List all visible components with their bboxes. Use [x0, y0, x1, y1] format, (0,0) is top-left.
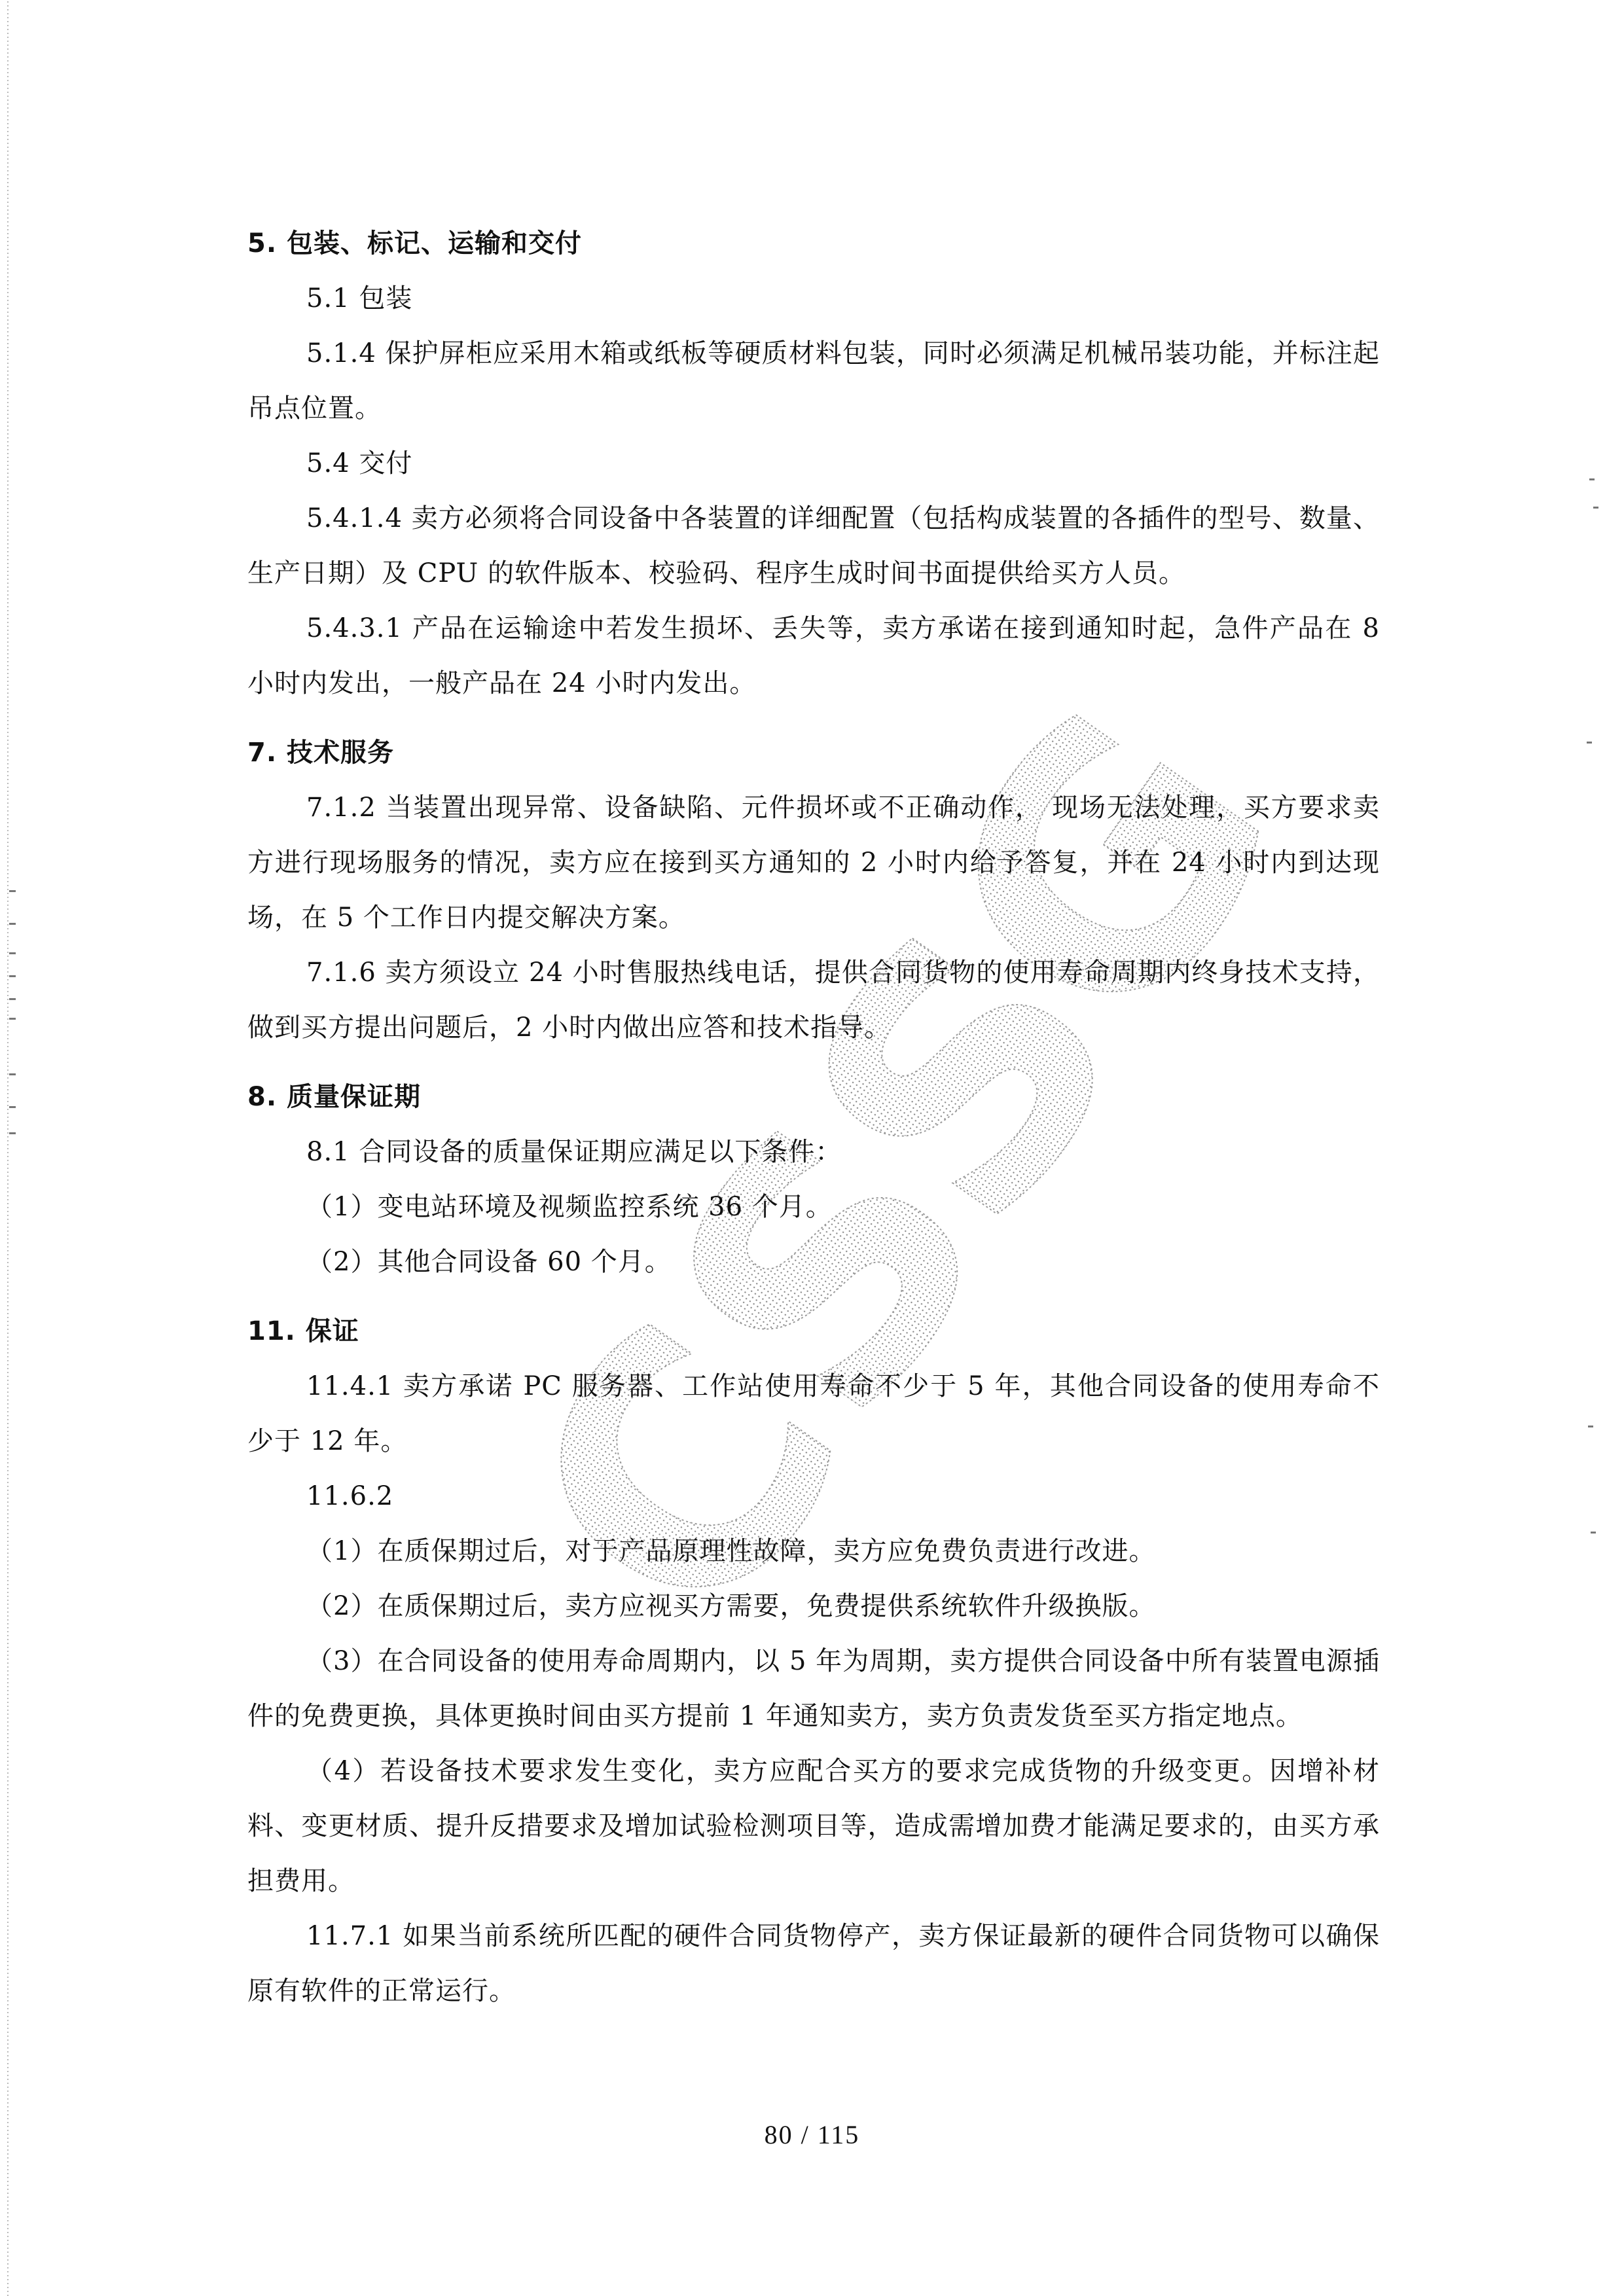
- section-heading: 5. 包装、标记、运输和交付: [247, 216, 1380, 271]
- document-body: 5. 包装、标记、运输和交付 5.1 包装 5.1.4 保护屏柜应采用木箱或纸板…: [247, 216, 1380, 2018]
- scan-mark: [9, 890, 16, 892]
- section-8: 8. 质量保证期 8.1 合同设备的质量保证期应满足以下条件： （1）变电站环境…: [247, 1069, 1380, 1289]
- page-number: 80 / 115: [0, 2119, 1624, 2150]
- clause-paragraph: 11.7.1 如果当前系统所匹配的硬件合同货物停产，卖方保证最新的硬件合同货物可…: [247, 1909, 1380, 2018]
- scan-mark: [9, 923, 16, 925]
- section-5: 5. 包装、标记、运输和交付 5.1 包装 5.1.4 保护屏柜应采用木箱或纸板…: [247, 216, 1380, 711]
- clause-paragraph: 8.1 合同设备的质量保证期应满足以下条件：: [247, 1124, 1380, 1179]
- list-item: （2）在质保期过后，卖方应视买方需要，免费提供系统软件升级换版。: [247, 1579, 1380, 1634]
- scan-mark: [9, 1073, 16, 1075]
- subsection-title: 5.4 交付: [247, 436, 1380, 491]
- scan-mark: [9, 952, 16, 954]
- scan-mark: [1587, 742, 1592, 744]
- clause-paragraph: 5.1.4 保护屏柜应采用木箱或纸板等硬质材料包装，同时必须满足机械吊装功能，并…: [247, 326, 1380, 436]
- scan-edge-artifact: [7, 0, 9, 2296]
- scan-mark: [9, 1132, 16, 1134]
- clause-paragraph: 5.4.1.4 卖方必须将合同设备中各装置的详细配置（包括构成装置的各插件的型号…: [247, 491, 1380, 601]
- list-item: （1）在质保期过后，对于产品原理性故障，卖方应免费负责进行改进。: [247, 1524, 1380, 1579]
- section-7: 7. 技术服务 7.1.2 当装置出现异常、设备缺陷、元件损坏或不正确动作， 现…: [247, 725, 1380, 1055]
- scan-mark: [9, 998, 16, 1000]
- subsection-title: 5.1 包装: [247, 271, 1380, 326]
- section-heading: 7. 技术服务: [247, 725, 1380, 780]
- section-heading: 11. 保证: [247, 1304, 1380, 1359]
- clause-paragraph: 5.4.3.1 产品在运输途中若发生损坏、丢失等，卖方承诺在接到通知时起，急件产…: [247, 601, 1380, 711]
- list-item: （2）其他合同设备 60 个月。: [247, 1234, 1380, 1289]
- clause-paragraph: 7.1.2 当装置出现异常、设备缺陷、元件损坏或不正确动作， 现场无法处理，买方…: [247, 780, 1380, 945]
- list-item: （4）若设备技术要求发生变化，卖方应配合买方的要求完成货物的升级变更。因增补材料…: [247, 1744, 1380, 1909]
- scan-mark: [1591, 1532, 1596, 1534]
- document-page: C S S G 5. 包装、标记、运输和交付 5.1 包装 5.1.4 保护屏柜…: [0, 0, 1624, 2296]
- scan-mark: [9, 1106, 16, 1108]
- list-item: （1）变电站环境及视频监控系统 36 个月。: [247, 1179, 1380, 1234]
- clause-paragraph: 11.4.1 卖方承诺 PC 服务器、工作站使用寿命不少于 5 年，其他合同设备…: [247, 1359, 1380, 1469]
- scan-mark: [1593, 507, 1598, 509]
- scan-mark: [1589, 478, 1595, 480]
- scan-mark: [9, 1018, 16, 1020]
- scan-mark: [1588, 1426, 1593, 1427]
- section-11: 11. 保证 11.4.1 卖方承诺 PC 服务器、工作站使用寿命不少于 5 年…: [247, 1304, 1380, 2018]
- section-heading: 8. 质量保证期: [247, 1069, 1380, 1124]
- clause-number: 11.6.2: [247, 1469, 1380, 1524]
- clause-paragraph: 7.1.6 卖方须设立 24 小时售服热线电话，提供合同货物的使用寿命周期内终身…: [247, 945, 1380, 1055]
- scan-mark: [9, 975, 16, 977]
- list-item: （3）在合同设备的使用寿命周期内，以 5 年为周期，卖方提供合同设备中所有装置电…: [247, 1634, 1380, 1744]
